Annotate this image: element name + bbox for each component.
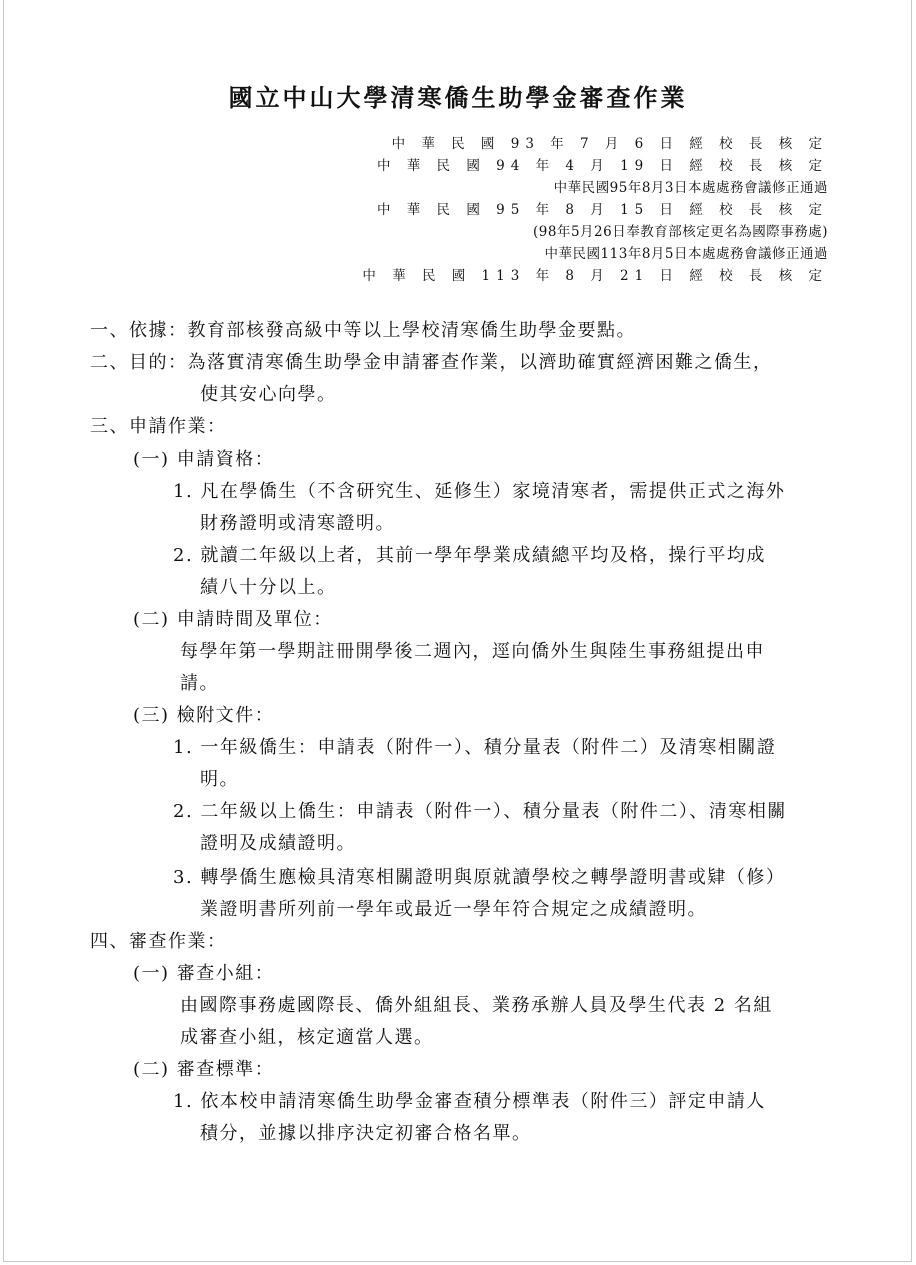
approval-history: 中 華 民 國 93 年 7 月 6 日 經 校 長 核 定 中 華 民 國 9… [362, 133, 828, 287]
approval-line: 中 華 民 國 93 年 7 月 6 日 經 校 長 核 定 [362, 133, 828, 155]
section-application: 三、申請作業： [90, 415, 227, 439]
document-title: 國立中山大學清寒僑生助學金審查作業 [0, 78, 916, 113]
documents-item: 3. 轉學僑生應檢具清寒相關證明與原就讀學校之轉學證明書或肄（修） [173, 866, 785, 890]
subsection-review-panel: (一) 審查小組： [133, 962, 274, 986]
section-review: 四、審查作業： [90, 930, 227, 954]
documents-item: 2. 二年級以上僑生：申請表（附件一）、積分量表（附件二）、清寒相關 [173, 800, 787, 824]
time-unit-paragraph: 每學年第一學期註冊開學後二週內，逕向僑外生與陸生事務組提出申 [180, 640, 765, 664]
documents-item: 1. 一年級僑生：申請表（附件一）、積分量表（附件二）及清寒相關證 [173, 736, 776, 760]
eligibility-item-continuation: 績八十分以上。 [200, 576, 337, 600]
documents-item-continuation: 明。 [200, 768, 239, 792]
review-panel-paragraph: 由國際事務處國際長、僑外組組長、業務承辦人員及學生代表 2 名組 [180, 994, 773, 1018]
time-unit-paragraph-continuation: 請。 [180, 672, 219, 696]
subsection-review-criteria: (二) 審查標準： [133, 1058, 274, 1082]
approval-line: 中華民國95年8月3日本處處務會議修正通過 [362, 177, 828, 199]
subsection-time-unit: (二) 申請時間及單位： [133, 608, 333, 632]
eligibility-item-continuation: 財務證明或清寒證明。 [200, 512, 395, 536]
approval-line: 中華民國113年8月5日本處處務會議修正通過 [362, 243, 828, 265]
subsection-documents: (三) 檢附文件： [133, 704, 274, 728]
review-panel-paragraph-continuation: 成審查小組，核定適當人選。 [180, 1026, 434, 1050]
approval-line: 中 華 民 國 113 年 8 月 21 日 經 校 長 核 定 [362, 265, 828, 287]
section-basis: 一、依據：教育部核發高級中等以上學校清寒僑生助學金要點。 [90, 319, 636, 343]
documents-item-continuation: 證明及成績證明。 [200, 832, 356, 856]
approval-line: (98年5月26日奉教育部核定更名為國際事務處) [362, 221, 828, 243]
criteria-item-continuation: 積分，並據以排序決定初審合格名單。 [200, 1122, 532, 1146]
eligibility-item: 1. 凡在學僑生（不含研究生、延修生）家境清寒者，需提供正式之海外 [173, 480, 785, 504]
criteria-item: 1. 依本校申請清寒僑生助學金審查積分標準表（附件三）評定申請人 [173, 1090, 766, 1114]
approval-line: 中 華 民 國 95 年 8 月 15 日 經 校 長 核 定 [362, 199, 828, 221]
documents-item-continuation: 業證明書所列前一學年或最近一學年符合規定之成績證明。 [200, 898, 707, 922]
subsection-eligibility: (一) 申請資格： [133, 448, 274, 472]
section-purpose: 二、目的：為落實清寒僑生助學金申請審查作業，以濟助確實經濟困難之僑生， [90, 351, 773, 375]
section-purpose-continuation: 使其安心向學。 [200, 383, 337, 407]
approval-line: 中 華 民 國 94 年 4 月 19 日 經 校 長 核 定 [362, 155, 828, 177]
eligibility-item: 2. 就讀二年級以上者，其前一學年學業成績總平均及格，操行平均成 [173, 544, 766, 568]
